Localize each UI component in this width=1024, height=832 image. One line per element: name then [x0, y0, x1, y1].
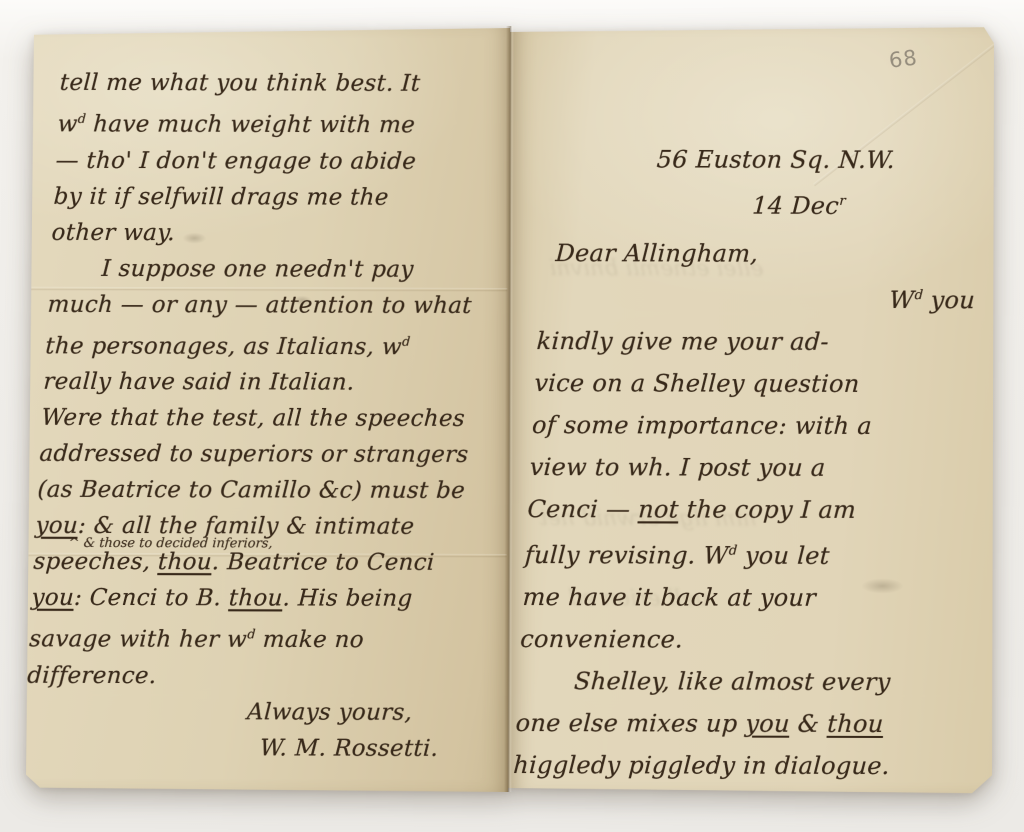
letter-line: vice on a Shelley question	[533, 362, 987, 405]
letter-line: Cenci — not the copy I am	[526, 488, 980, 531]
text-segment: kindly give me your ad-	[536, 327, 830, 356]
text-segment: other way.	[51, 219, 176, 245]
letter-line: higgledy piggledy in dialogue.	[512, 744, 966, 787]
right-page-text: 56 Euston Sq. N.W.14 DecrDear Allingham,…	[488, 26, 1014, 793]
letter-line: by it if selfwill drags me the	[53, 178, 518, 215]
letter-line: Wd you	[538, 274, 993, 321]
text-segment: of some importance: with a	[531, 411, 872, 440]
text-segment: Cenci —	[527, 495, 639, 523]
text-segment: 56 Euston Sq. N.W.	[656, 145, 896, 174]
text-segment: you	[922, 286, 976, 314]
letter-line: the personages, as Italians, wd	[44, 322, 509, 365]
letter-line: Always yours,	[24, 694, 489, 731]
underlined-word: thou	[228, 586, 283, 612]
text-segment: Dear Allingham,	[555, 239, 759, 268]
text-segment: the personages, as Italians, w	[45, 333, 403, 360]
text-segment: W. M. Rossetti.	[259, 735, 439, 761]
letter-line: you: Cenci to B. thou. His being	[31, 580, 496, 617]
text-segment: r	[839, 194, 846, 209]
letter-line: addressed to superiors or strangers	[38, 436, 503, 473]
text-segment: . His being	[282, 586, 413, 612]
text-segment: 14 Dec	[751, 192, 839, 220]
salutation: Dear Allingham,	[540, 232, 994, 275]
letter-page-right: 68 ellei etnemli bnivni nim ilge erwnid …	[508, 26, 994, 793]
letter-line: much — or any — attention to what	[47, 286, 512, 323]
text-segment: one else mixes up	[515, 709, 746, 738]
letter-line: one else mixes up you & thou	[515, 702, 969, 745]
text-segment: tell me what you think best. It	[59, 70, 421, 97]
underlined-word: thou	[157, 549, 212, 575]
letter-line: difference.	[26, 658, 491, 695]
letter-line: (as Beatrice to Camillo &c) must be	[36, 472, 501, 509]
text-segment: savage with her w	[29, 627, 248, 654]
left-page-text: tell me what you think best. Itwd have m…	[6, 25, 530, 792]
text-segment: &	[789, 710, 828, 738]
address-line: 56 Euston Sq. N.W.	[546, 138, 1000, 181]
text-segment: fully revising. W	[524, 541, 729, 570]
text-segment: W	[889, 286, 916, 314]
letter-line: convenience.	[519, 618, 973, 661]
text-segment: speeches,	[33, 549, 159, 575]
text-segment: : Cenci to B.	[73, 585, 229, 611]
text-segment: — tho' I don't engage to abide	[55, 147, 417, 174]
date-line: 14 Decr	[543, 180, 998, 227]
letter-line: I suppose one needn't pay	[49, 250, 514, 287]
text-segment: w	[57, 111, 78, 137]
text-segment: ^ & those to decided inferiors,	[68, 536, 273, 552]
letter-line: — tho' I don't engage to abide	[55, 142, 520, 179]
letter-line: savage with her wd make no	[28, 616, 493, 659]
text-segment: you let	[736, 542, 830, 570]
letter-line: of some importance: with a	[531, 404, 985, 447]
text-segment: d	[402, 333, 411, 348]
text-segment: by it if selfwill drags me the	[53, 183, 390, 210]
text-segment: addressed to superiors or strangers	[39, 441, 469, 468]
letter-line: Were that the test, all the speeches	[40, 400, 505, 437]
text-segment: . Beatrice to Cenci	[211, 550, 435, 577]
text-segment: the copy I am	[678, 495, 857, 523]
text-segment: difference.	[27, 663, 158, 689]
text-segment: much — or any — attention to what	[47, 291, 473, 318]
text-segment: vice on a Shelley question	[534, 369, 861, 398]
letter-line: wd have much weight with me	[57, 101, 522, 144]
text-segment: Shelley, like almost every	[573, 667, 891, 696]
text-segment: view to wh. I post you a	[529, 453, 826, 482]
text-segment: make no	[254, 627, 364, 653]
underlined-word: not	[638, 495, 680, 523]
text-segment: me have it back at your	[522, 583, 817, 612]
letter-line: tell me what you think best. It	[59, 65, 524, 102]
underlined-word: you	[745, 710, 791, 738]
letter-line: fully revising. Wd you let	[524, 530, 979, 577]
letter-line: ^ & those to decided inferiors,	[34, 538, 498, 550]
letter-line: kindly give me your ad-	[536, 320, 990, 363]
text-segment: really have said in Italian.	[43, 369, 356, 396]
text-segment: Always yours,	[246, 699, 413, 725]
letter-page-left: tell me what you think best. Itwd have m…	[26, 25, 510, 792]
text-segment: have much weight with me	[85, 112, 416, 139]
underlined-word: you	[31, 585, 75, 611]
letter-line: view to wh. I post you a	[529, 446, 983, 489]
letter-line: me have it back at your	[521, 576, 975, 619]
letter-line: Shelley, like almost every	[517, 660, 971, 703]
underlined-word: thou	[827, 710, 885, 738]
text-segment: higgledy piggledy in dialogue.	[513, 751, 891, 780]
letter-line: other way.	[51, 214, 516, 251]
letter-line: really have said in Italian.	[42, 364, 507, 401]
text-segment: (as Beatrice to Camillo &c) must be	[37, 477, 466, 504]
signature: W. M. Rossetti.	[22, 730, 487, 767]
text-segment: convenience.	[520, 625, 684, 653]
letter-sheet: tell me what you think best. Itwd have m…	[26, 25, 994, 794]
text-segment: I suppose one needn't pay	[101, 256, 414, 283]
text-segment: Were that the test, all the speeches	[41, 405, 466, 432]
